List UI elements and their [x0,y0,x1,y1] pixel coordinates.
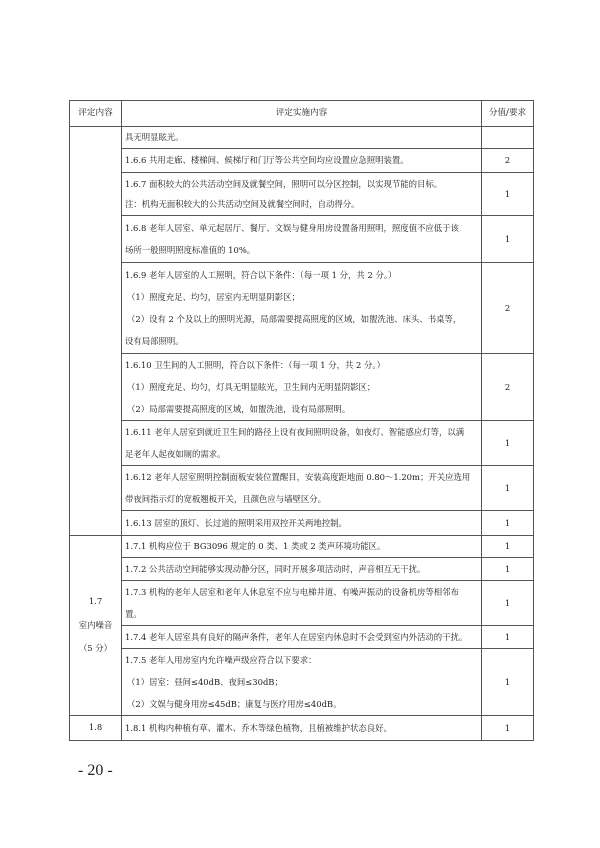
table-row: 1.7.5 老年人用房室内允许噪声级应符合以下要求：（1）居室：昼间≤40dB、… [70,649,534,716]
table-row: 1.7.4 老年人居室具有良好的隔声条件，老年人在居室内休息时不会受到室内外活动… [70,626,534,649]
content-line: 1.6.9 老年人居室的人工照明，符合以下条件：（每一项 1 分，共 2 分。） [125,264,478,286]
content-cell: 1.6.13 居室的顶灯、长过道的照明采用双控开关两地控制。 [122,511,482,536]
content-line: 1.7.2 公共活动空间能够实现动静分区，同时开展多项活动时，声音相互无干扰。 [125,559,478,580]
score-cell: 1 [482,466,534,511]
table-body: 具无明显眩光。1.6.6 共用走廊、楼梯间、候梯厅和门厅等公共空间均应设置应急照… [70,127,534,741]
score-cell: 2 [482,354,534,421]
table-row: 具无明显眩光。 [70,127,534,149]
content-line: （2）设有 2 个及以上的照明光源，局部需要提高照度的区域，如盥洗池、床头、书桌… [125,308,478,330]
score-cell: 2 [482,149,534,173]
table-row: 1.6.11 老年人居室到就近卫生间的路径上设有夜间照明设备，如夜灯、智能感应灯… [70,421,534,466]
page-number: - 20 - [78,762,113,780]
score-cell: 1 [482,558,534,581]
content-cell: 具无明显眩光。 [122,127,482,149]
content-cell: 1.8.1 机构内种植有草、灌木、乔木等绿色植物，且植被维护状态良好。 [122,716,482,741]
category-cell [70,127,122,536]
category-line: （5 分） [73,637,118,661]
content-line: 设有局部照明。 [125,330,478,352]
score-cell: 1 [482,511,534,536]
document-page: 评定内容 评定实施内容 分值/要求 具无明显眩光。1.6.6 共用走廊、楼梯间、… [0,0,600,848]
category-cell: 1.7室内噪音（5 分） [70,536,122,716]
header-score: 分值/要求 [482,101,534,127]
table-row: 1.6.6 共用走廊、楼梯间、候梯厅和门厅等公共空间均应设置应急照明装置。2 [70,149,534,173]
score-cell: 1 [482,216,534,263]
content-line: 1.8.1 机构内种植有草、灌木、乔木等绿色植物，且植被维护状态良好。 [125,718,478,738]
content-cell: 1.6.8 老年人居室、单元起居厅、餐厅、文娱与健身用房设置备用照明，照度值不应… [122,216,482,263]
content-cell: 1.7.5 老年人用房室内允许噪声级应符合以下要求：（1）居室：昼间≤40dB、… [122,649,482,716]
content-line: 1.6.12 老年人居室照明控制面板安装位置醒目，安装高度距地面 0.80～1.… [125,467,478,489]
content-cell: 1.7.3 机构的老年人居室和老年人休息室不应与电梯井道、有噪声振动的设备机房等… [122,581,482,626]
score-cell: 1 [482,173,534,216]
score-cell: 1 [482,581,534,626]
content-cell: 1.6.9 老年人居室的人工照明，符合以下条件：（每一项 1 分，共 2 分。）… [122,263,482,354]
content-line: 1.6.8 老年人居室、单元起居厅、餐厅、文娱与健身用房设置备用照明，照度值不应… [125,217,478,240]
table-row: 1.6.7 面积较大的公共活动空间及就餐空间，照明可以分区控制，以实现节能的目标… [70,173,534,216]
content-line: 1.6.10 卫生间的人工照明，符合以下条件：（每一项 1 分，共 2 分。） [125,355,478,377]
content-line: 足老年人起夜如厕的需求。 [125,443,478,465]
content-line: 场所一般照明照度标准值的 10%。 [125,239,478,262]
category-line: 1.7 [73,590,118,614]
content-line: （2）文娱与健身用房≤45dB；康复与医疗用房≤40dB。 [125,693,478,715]
content-line: 1.6.7 面积较大的公共活动空间及就餐空间，照明可以分区控制，以实现节能的目标… [125,174,478,195]
score-cell: 1 [482,536,534,558]
table-row: 1.7.3 机构的老年人居室和老年人休息室不应与电梯井道、有噪声振动的设备机房等… [70,581,534,626]
content-line: 1.7.3 机构的老年人居室和老年人休息室不应与电梯井道、有噪声振动的设备机房等… [125,582,478,604]
content-line: 1.6.13 居室的顶灯、长过道的照明采用双控开关两地控制。 [125,512,478,535]
table-row: 1.6.8 老年人居室、单元起居厅、餐厅、文娱与健身用房设置备用照明，照度值不应… [70,216,534,263]
score-cell: 1 [482,649,534,716]
score-cell: 1 [482,421,534,466]
content-cell: 1.7.1 机构应位于 BG3096 规定的 0 类、1 类或 2 类声环境功能… [122,536,482,558]
score-cell [482,127,534,149]
content-line: 1.7.1 机构应位于 BG3096 规定的 0 类、1 类或 2 类声环境功能… [125,537,478,557]
content-cell: 1.6.6 共用走廊、楼梯间、候梯厅和门厅等公共空间均应设置应急照明装置。 [122,149,482,173]
content-cell: 1.6.10 卫生间的人工照明，符合以下条件：（每一项 1 分，共 2 分。）（… [122,354,482,421]
content-line: （1）居室：昼间≤40dB、夜间≤30dB； [125,671,478,693]
content-cell: 1.7.2 公共活动空间能够实现动静分区，同时开展多项活动时，声音相互无干扰。 [122,558,482,581]
content-line: 1.6.11 老年人居室到就近卫生间的路径上设有夜间照明设备，如夜灯、智能感应灯… [125,422,478,444]
content-cell: 1.7.4 老年人居室具有良好的隔声条件，老年人在居室内休息时不会受到室内外活动… [122,626,482,649]
table-row: 1.7室内噪音（5 分）1.7.1 机构应位于 BG3096 规定的 0 类、1… [70,536,534,558]
table-row: 1.81.8.1 机构内种植有草、灌木、乔木等绿色植物，且植被维护状态良好。1 [70,716,534,741]
category-line: 室内噪音 [73,614,118,638]
content-line: （2）局部需要提高照度的区域，如盥洗池，设有局部照明。 [125,398,478,420]
score-cell: 1 [482,626,534,649]
content-line: 1.6.6 共用走廊、楼梯间、候梯厅和门厅等公共空间均应设置应急照明装置。 [125,150,478,172]
table-row: 1.6.13 居室的顶灯、长过道的照明采用双控开关两地控制。1 [70,511,534,536]
category-cell: 1.8 [70,716,122,741]
content-line: 具无明显眩光。 [125,128,478,148]
content-line: 注：机构无面积较大的公共活动空间及就餐空间时，自动得分。 [125,194,478,215]
table-row: 1.7.2 公共活动空间能够实现动静分区，同时开展多项活动时，声音相互无干扰。1 [70,558,534,581]
table-row: 1.6.10 卫生间的人工照明，符合以下条件：（每一项 1 分，共 2 分。）（… [70,354,534,421]
content-line: 1.7.4 老年人居室具有良好的隔声条件，老年人在居室内休息时不会受到室内外活动… [125,627,478,648]
content-cell: 1.6.12 老年人居室照明控制面板安装位置醒目，安装高度距地面 0.80～1.… [122,466,482,511]
content-cell: 1.6.7 面积较大的公共活动空间及就餐空间，照明可以分区控制，以实现节能的目标… [122,173,482,216]
content-line: 置。 [125,603,478,625]
table-header-row: 评定内容 评定实施内容 分值/要求 [70,101,534,127]
evaluation-table: 评定内容 评定实施内容 分值/要求 具无明显眩光。1.6.6 共用走廊、楼梯间、… [69,100,534,741]
content-line: 1.7.5 老年人用房室内允许噪声级应符合以下要求： [125,650,478,672]
header-category: 评定内容 [70,101,122,127]
content-line: （1）照度充足、均匀，居室内无明显阴影区； [125,286,478,308]
score-cell: 2 [482,263,534,354]
category-line: 1.8 [73,716,118,740]
content-cell: 1.6.11 老年人居室到就近卫生间的路径上设有夜间照明设备，如夜灯、智能感应灯… [122,421,482,466]
content-line: （1）照度充足、均匀，灯具无明显眩光，卫生间内无明显阴影区； [125,376,478,398]
content-line: 带夜间指示灯的宽板翘板开关，且颜色应与墙壁区分。 [125,488,478,510]
header-content: 评定实施内容 [122,101,482,127]
score-cell: 1 [482,716,534,741]
table-row: 1.6.12 老年人居室照明控制面板安装位置醒目，安装高度距地面 0.80～1.… [70,466,534,511]
table-row: 1.6.9 老年人居室的人工照明，符合以下条件：（每一项 1 分，共 2 分。）… [70,263,534,354]
